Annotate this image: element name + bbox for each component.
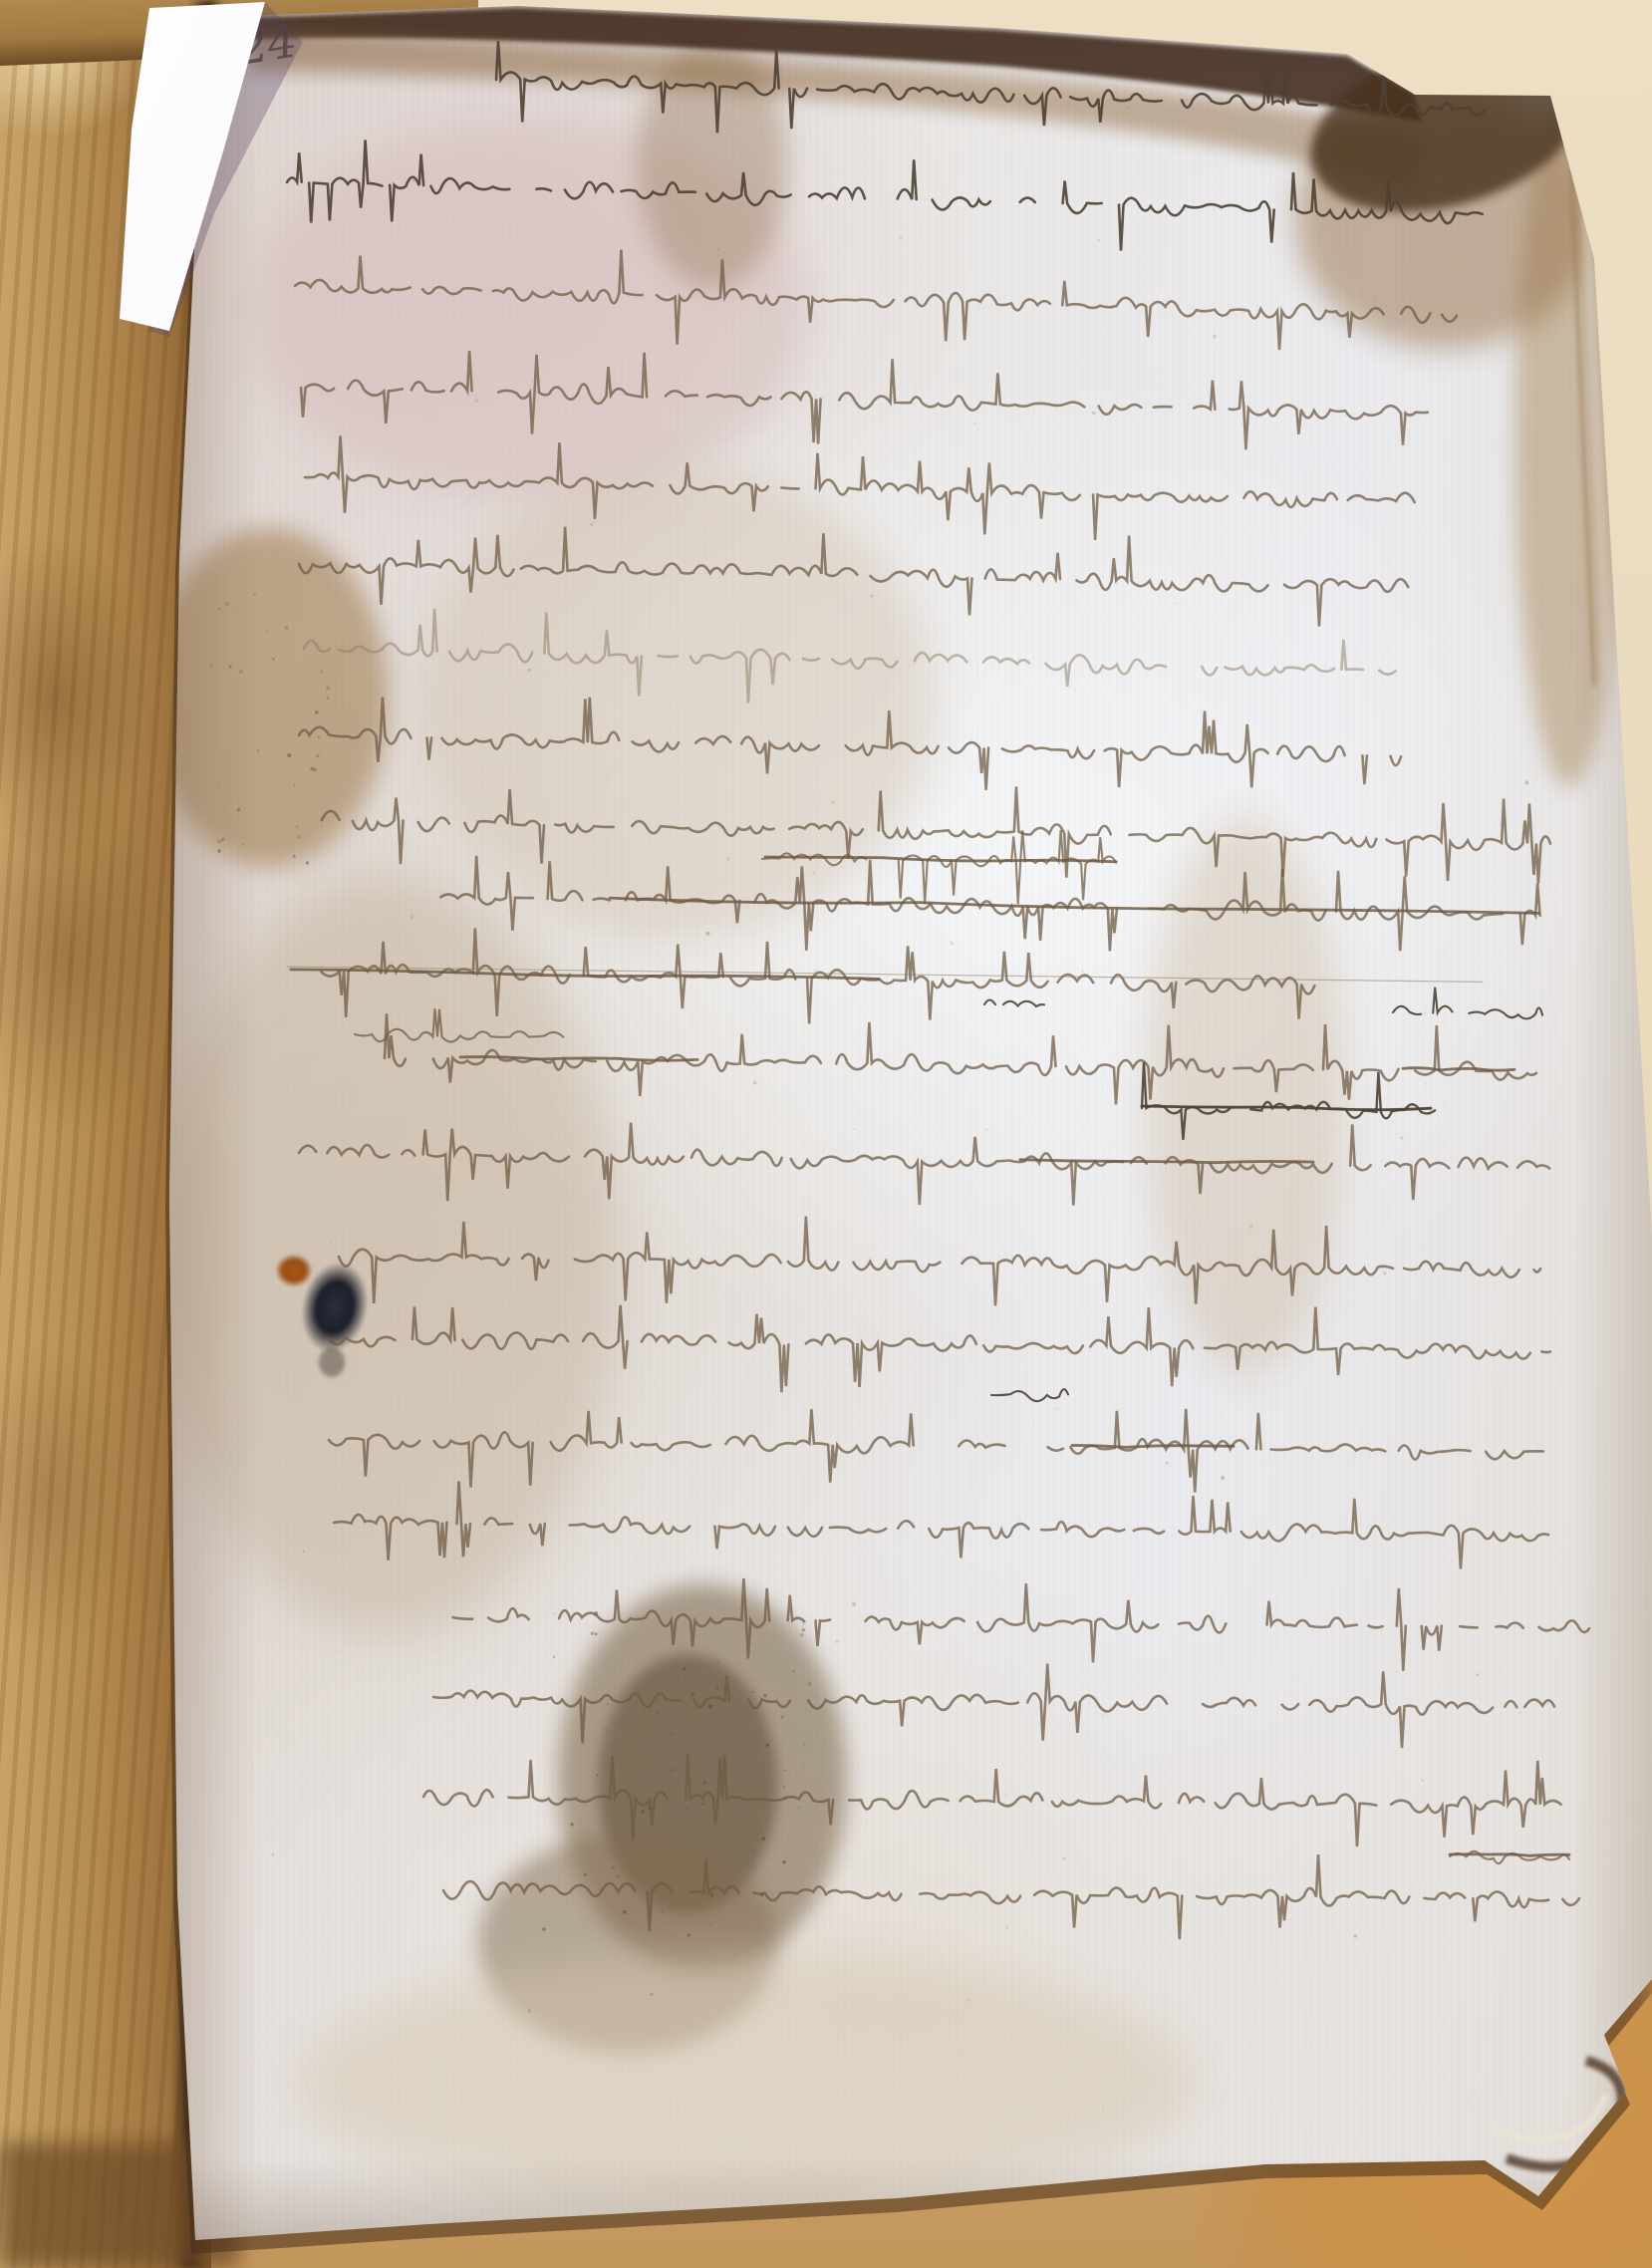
- paper-speck: [648, 1807, 652, 1811]
- paper-speck: [1375, 301, 1377, 303]
- paper-speck: [287, 753, 291, 757]
- paper-speck: [836, 1640, 839, 1643]
- bottomright-curl-highlight: [1493, 2095, 1606, 2139]
- paper-speck: [762, 1837, 766, 1841]
- handwriting-line: [299, 527, 1408, 627]
- paper-speck: [709, 1923, 712, 1926]
- paper-speck: [1176, 602, 1178, 604]
- paper-speck: [741, 1733, 743, 1735]
- paper-speck: [253, 593, 256, 596]
- paper-speck: [303, 1551, 305, 1553]
- paper-speck: [410, 915, 413, 919]
- paper-speck: [1344, 401, 1346, 403]
- paper-speck: [1249, 1225, 1253, 1229]
- paper-speck: [683, 1667, 686, 1670]
- handwriting-line: [984, 999, 1044, 1006]
- paper-speck: [363, 475, 366, 478]
- paper-speck: [318, 736, 320, 738]
- paper-speck: [1004, 1794, 1006, 1796]
- paper-speck: [802, 1763, 804, 1765]
- paper-speck: [710, 1893, 714, 1897]
- paper-speck: [813, 969, 817, 973]
- manuscript-page: 2 4 24: [0, 0, 1652, 2268]
- paper-speck: [570, 1823, 573, 1826]
- paper-speck: [760, 1893, 763, 1896]
- paper-speck: [612, 1866, 614, 1868]
- paper-speck: [688, 1825, 689, 1827]
- paper-speck: [293, 855, 296, 858]
- paper-speck: [217, 849, 221, 853]
- paper-speck: [803, 1743, 805, 1745]
- paper-speck: [655, 1698, 658, 1701]
- handwriting-line: [762, 830, 1116, 904]
- paper-speck: [1383, 1272, 1386, 1275]
- paper-speck: [766, 1744, 769, 1747]
- paper-speck: [690, 1693, 694, 1697]
- paper-speck: [267, 631, 269, 633]
- paper-speck: [1354, 1934, 1358, 1938]
- paper-speck: [229, 665, 232, 668]
- paper-speck: [257, 749, 260, 752]
- paper-speck: [272, 1853, 274, 1855]
- paper-speck: [294, 784, 296, 786]
- handwriting-line: [329, 1305, 1550, 1392]
- paper-speck: [650, 1993, 653, 1996]
- paper-speck: [763, 1694, 766, 1697]
- handwriting-line: [453, 1578, 1589, 1671]
- paper-speck: [296, 825, 299, 828]
- paper-speck: [327, 697, 330, 700]
- paper-speck: [661, 1910, 664, 1913]
- paper-speck: [221, 838, 224, 841]
- paper-speck: [591, 1631, 595, 1635]
- paper-speck: [899, 236, 902, 239]
- paper-speck: [717, 249, 719, 251]
- paper-speck: [1213, 335, 1217, 339]
- paper-speck: [803, 1623, 804, 1624]
- handwriting-line: [1393, 988, 1542, 1019]
- paper-speck: [671, 1769, 674, 1772]
- paper-speck: [217, 840, 221, 844]
- handwriting-line: [329, 1409, 1543, 1493]
- paper-speck: [326, 686, 330, 690]
- paper-speck: [1518, 1712, 1520, 1714]
- handwriting-line: [299, 697, 1401, 789]
- paper-speck: [1082, 971, 1084, 973]
- paper-speck: [1056, 1407, 1058, 1409]
- paper-speck: [1524, 780, 1528, 784]
- paper-speck: [239, 670, 243, 674]
- paper-speck: [813, 871, 816, 874]
- strikethrough-line: [1072, 1445, 1234, 1447]
- paper-speck: [1421, 1779, 1423, 1781]
- paper-speck: [708, 1704, 712, 1708]
- handwriting-layer: 2 4 24: [0, 0, 1652, 2268]
- paper-speck: [272, 658, 275, 661]
- paper-speck: [595, 1783, 597, 1785]
- paper-speck: [554, 1613, 556, 1615]
- hairline-rule: [287, 967, 1483, 982]
- paper-speck: [687, 1705, 688, 1707]
- paper-speck: [853, 1128, 855, 1130]
- paper-speck: [699, 1832, 701, 1834]
- handwriting-line: [991, 1389, 1068, 1401]
- handwriting-line: [440, 856, 1555, 951]
- paper-speck: [225, 602, 229, 606]
- paper-speck: [658, 1712, 660, 1714]
- paper-speck: [1098, 239, 1100, 241]
- paper-speck: [848, 1338, 850, 1340]
- paper-speck: [623, 1910, 627, 1914]
- paper-speck: [871, 595, 874, 598]
- paper-speck: [1127, 107, 1129, 109]
- paper-speck: [539, 974, 541, 976]
- paper-speck: [706, 932, 710, 936]
- paper-speck: [542, 1927, 545, 1930]
- paper-speck: [1092, 412, 1096, 416]
- strikethrough-line: [1403, 1068, 1514, 1071]
- paper-speck: [967, 1999, 971, 2003]
- paper-speck: [808, 1682, 812, 1686]
- paper-speck: [781, 1716, 784, 1719]
- paper-speck: [1103, 1715, 1105, 1717]
- handwriting-line: [339, 1217, 1540, 1306]
- paper-speck: [784, 1798, 786, 1800]
- paper-speck: [306, 861, 309, 864]
- paper-speck: [217, 783, 219, 785]
- paper-speck: [641, 1810, 645, 1814]
- paper-speck: [686, 1808, 688, 1811]
- paper-speck: [210, 665, 213, 668]
- paper-speck: [802, 1628, 806, 1632]
- paper-speck: [672, 1732, 674, 1734]
- paper-speck: [527, 669, 531, 673]
- paper-speck: [617, 1874, 620, 1877]
- paper-speck: [219, 608, 221, 610]
- handwriting-line: [423, 1754, 1561, 1846]
- paper-speck: [782, 1860, 785, 1863]
- paper-speck: [285, 626, 289, 630]
- paper-speck: [606, 1703, 608, 1705]
- paper-speck: [235, 609, 237, 611]
- paper-speck: [716, 1660, 718, 1662]
- handwriting-lines: [287, 41, 1589, 1939]
- paper-speck: [1512, 1021, 1514, 1023]
- paper-speck: [1005, 1926, 1008, 1929]
- paper-speck: [783, 1786, 785, 1788]
- paper-speck: [688, 1934, 690, 1937]
- paper-speck: [1102, 2108, 1104, 2110]
- handwriting-line: [322, 787, 1550, 884]
- handwriting-line: [433, 1664, 1554, 1749]
- paper-speck: [962, 2051, 964, 2053]
- paper-speck: [1424, 1011, 1426, 1013]
- paper-speck: [1063, 1857, 1066, 1860]
- paper-speck: [1400, 1136, 1403, 1139]
- paper-speck: [950, 942, 953, 945]
- paper-speck: [753, 1081, 756, 1084]
- paper-speck: [785, 1770, 786, 1771]
- paper-speck: [590, 523, 593, 526]
- paper-speck: [974, 423, 976, 425]
- paper-speck: [703, 1781, 706, 1784]
- paper-speck: [316, 754, 319, 757]
- paper-speck: [413, 179, 415, 182]
- paper-speck: [237, 808, 241, 812]
- manuscript-photo: 2 4 24: [0, 0, 1652, 2268]
- paper-speck: [1477, 1673, 1480, 1676]
- paper-speck: [798, 1806, 801, 1809]
- paper-speck: [793, 1670, 795, 1672]
- paper-speck: [751, 1691, 753, 1693]
- handwriting-line: [295, 250, 1457, 351]
- paper-speck: [241, 844, 243, 846]
- paper-speck: [584, 1873, 587, 1876]
- paper-speck: [749, 1805, 751, 1807]
- handwriting-line: [299, 1123, 1549, 1206]
- paper-speck: [1166, 1462, 1169, 1465]
- paper-speck: [320, 671, 323, 674]
- paper-speck: [852, 1602, 856, 1606]
- handwriting-line: [1142, 1062, 1435, 1140]
- paper-speck: [800, 1633, 804, 1637]
- paper-speck: [716, 1687, 718, 1689]
- paper-speck: [553, 1656, 555, 1658]
- paper-speck: [726, 857, 730, 861]
- paper-speck: [732, 1955, 734, 1957]
- handwriting-line: [305, 436, 1415, 540]
- paper-speck: [298, 836, 301, 839]
- handwriting-line: [304, 609, 1396, 704]
- paper-speck: [1221, 1476, 1225, 1480]
- paper-speck: [832, 801, 835, 804]
- paper-speck: [596, 1774, 598, 1776]
- paper-speck: [765, 957, 767, 959]
- paper-speck: [528, 2009, 531, 2012]
- paper-speck: [594, 1611, 598, 1615]
- paper-speck: [330, 1243, 332, 1245]
- paper-speck: [310, 767, 313, 770]
- paper-speck: [315, 710, 319, 714]
- paper-speck: [701, 1803, 703, 1805]
- handwriting-line: [334, 1482, 1548, 1569]
- paper-speck: [678, 1675, 680, 1677]
- paper-speck: [605, 1729, 607, 1731]
- strikethrough-line: [1450, 1854, 1569, 1856]
- paper-speck: [1425, 1083, 1427, 1085]
- paper-speck: [654, 1808, 656, 1810]
- paper-speck: [648, 1804, 650, 1806]
- paper-speck: [474, 399, 478, 403]
- paper-speck: [985, 1129, 987, 1131]
- handwriting-line: [301, 351, 1445, 449]
- paper-speck: [595, 1632, 598, 1635]
